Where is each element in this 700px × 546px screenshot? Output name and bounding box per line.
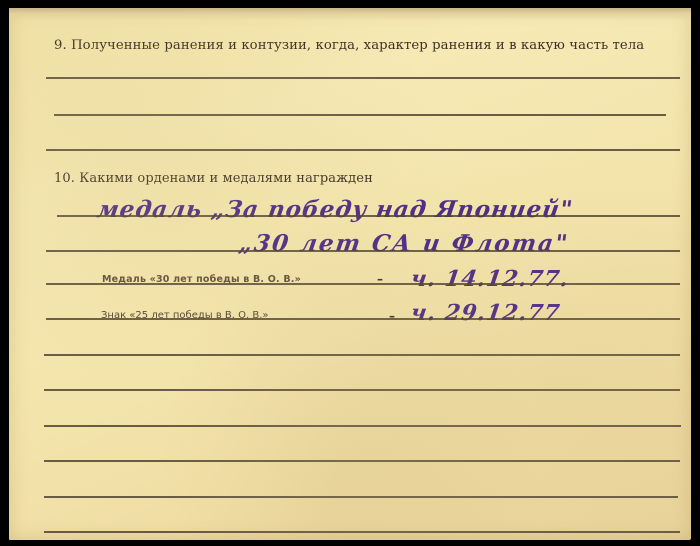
answer-line-9-3	[46, 149, 680, 151]
question-10-label: 10. Какими орденами и медалями награжден	[54, 171, 373, 186]
handwritten-date-1: ч. 14.12.77.	[409, 266, 571, 292]
blank-line-5	[44, 496, 678, 498]
blank-line-1	[44, 354, 680, 356]
answer-line-10-2	[46, 250, 680, 252]
handwritten-award-line-2: „30 лет СА и Флота"	[237, 230, 571, 257]
stamp-2-dash: –	[389, 309, 395, 323]
blank-line-3	[44, 425, 681, 427]
handwritten-award-line-1: медаль „За победу над Японией"	[95, 196, 575, 223]
question-9-label: 9. Полученные ранения и контузии, когда,…	[54, 38, 644, 53]
blank-line-6	[44, 531, 680, 533]
answer-line-9-1	[46, 77, 680, 79]
handwritten-date-2: ч. 29.12.77	[409, 300, 562, 326]
answer-line-10-3	[46, 283, 680, 285]
blank-line-2	[44, 389, 680, 391]
answer-line-9-2	[54, 114, 666, 116]
answer-line-10-4	[46, 318, 680, 320]
blank-line-4	[44, 460, 680, 462]
answer-line-10-1	[57, 215, 680, 217]
document-card: 9. Полученные ранения и контузии, когда,…	[9, 8, 691, 540]
